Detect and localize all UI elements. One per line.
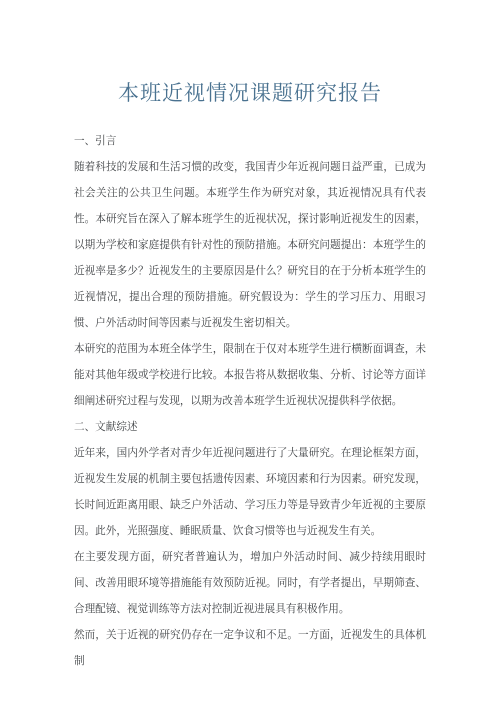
section-heading-introduction: 一、引言	[74, 128, 426, 154]
paragraph-literature-2: 在主要发现方面，研究者普遍认为，增加户外活动时间、减少持续用眼时间、改善用眼环境…	[74, 544, 426, 622]
paragraph-literature-3-truncated: 然而，关于近视的研究仍存在一定争议和不足。一方面，近视发生的具体机制	[74, 622, 426, 674]
section-heading-literature-review: 二、文献综述	[74, 414, 426, 440]
document-page: 本班近视情况课题研究报告 一、引言 随着科技的发展和生活习惯的改变，我国青少年近…	[0, 0, 500, 707]
document-body: 一、引言 随着科技的发展和生活习惯的改变，我国青少年近视问题日益严重，已成为社会…	[74, 128, 426, 674]
paragraph-introduction-2: 本研究的范围为本班全体学生，限制在于仅对本班学生进行横断面调查，未能对其他年级或…	[74, 336, 426, 414]
paragraph-literature-1: 近年来，国内外学者对青少年近视问题进行了大量研究。在理论框架方面，近视发生发展的…	[74, 440, 426, 544]
document-title: 本班近视情况课题研究报告	[0, 0, 500, 108]
paragraph-introduction-1: 随着科技的发展和生活习惯的改变，我国青少年近视问题日益严重，已成为社会关注的公共…	[74, 154, 426, 336]
